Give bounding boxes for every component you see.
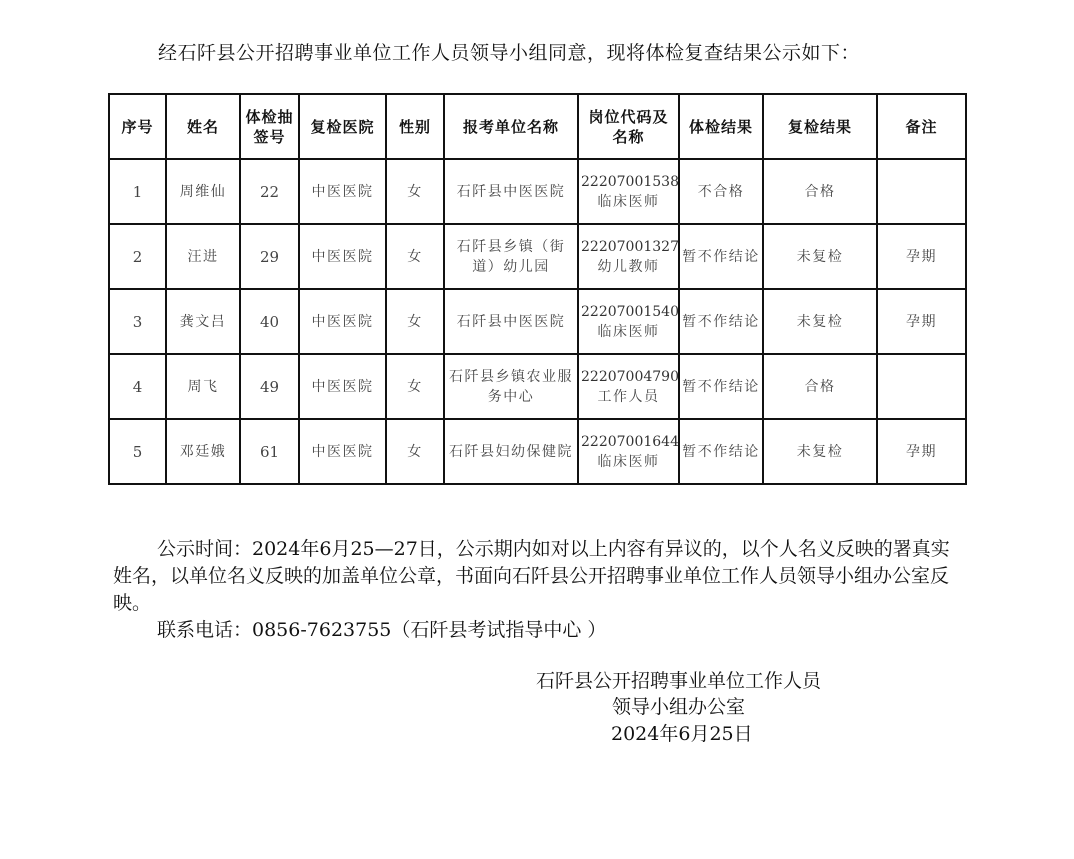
header-exam-result: 体检结果: [679, 94, 763, 159]
cell-name: 汪进: [166, 224, 240, 289]
table-header-row: 序号 姓名 体检抽签号 复检医院 性别 报考单位名称 岗位代码及名称 体检结果 …: [109, 94, 966, 159]
table-row: 1 周维仙 22 中医医院 女 石阡县中医医院 22207001538 临床医师…: [109, 159, 966, 224]
cell-seq: 4: [109, 354, 166, 419]
cell-post: 22207001540 临床医师: [578, 289, 679, 354]
post-name: 工作人员: [581, 387, 676, 407]
cell-recheck-result: 未复检: [763, 419, 877, 484]
notice-contact: 联系电话：0856-7623755（石阡县考试指导中心 ）: [113, 617, 965, 644]
cell-exam-result: 暂不作结论: [679, 354, 763, 419]
header-remark: 备注: [877, 94, 966, 159]
cell-unit: 石阡县乡镇农业服务中心: [444, 354, 578, 419]
cell-name: 周飞: [166, 354, 240, 419]
cell-draw-no: 61: [240, 419, 299, 484]
cell-post: 22207004790 工作人员: [578, 354, 679, 419]
cell-remark: [877, 354, 966, 419]
intro-text: 经石阡县公开招聘事业单位工作人员领导小组同意，现将体检复查结果公示如下：: [158, 38, 860, 65]
header-recheck-result: 复检结果: [763, 94, 877, 159]
post-code: 22207004790: [581, 367, 676, 387]
cell-exam-result: 暂不作结论: [679, 419, 763, 484]
cell-recheck-result: 合格: [763, 354, 877, 419]
cell-name: 邓廷娥: [166, 419, 240, 484]
cell-name: 周维仙: [166, 159, 240, 224]
header-name: 姓名: [166, 94, 240, 159]
cell-exam-result: 暂不作结论: [679, 289, 763, 354]
signature-org-line1: 石阡县公开招聘事业单位工作人员: [536, 666, 821, 693]
table-row: 5 邓廷娥 61 中医医院 女 石阡县妇幼保健院 22207001644 临床医…: [109, 419, 966, 484]
table-row: 3 龚文吕 40 中医医院 女 石阡县中医医院 22207001540 临床医师…: [109, 289, 966, 354]
cell-hospital: 中医医院: [299, 159, 386, 224]
cell-draw-no: 29: [240, 224, 299, 289]
cell-exam-result: 暂不作结论: [679, 224, 763, 289]
post-name: 临床医师: [581, 192, 676, 212]
results-table: 序号 姓名 体检抽签号 复检医院 性别 报考单位名称 岗位代码及名称 体检结果 …: [108, 93, 967, 485]
cell-draw-no: 40: [240, 289, 299, 354]
cell-hospital: 中医医院: [299, 354, 386, 419]
cell-hospital: 中医医院: [299, 289, 386, 354]
cell-seq: 5: [109, 419, 166, 484]
signature-org-line2: 领导小组办公室: [612, 692, 745, 719]
notice-section: 公示时间：2024年6月25—27日，公示期内如对以上内容有异议的，以个人名义反…: [113, 536, 965, 644]
signature-date: 2024年6月25日: [611, 719, 753, 746]
cell-exam-result: 不合格: [679, 159, 763, 224]
cell-unit: 石阡县妇幼保健院: [444, 419, 578, 484]
cell-name: 龚文吕: [166, 289, 240, 354]
header-seq: 序号: [109, 94, 166, 159]
post-name: 幼儿教师: [581, 257, 676, 277]
cell-remark: 孕期: [877, 419, 966, 484]
header-post: 岗位代码及名称: [578, 94, 679, 159]
cell-unit: 石阡县中医医院: [444, 159, 578, 224]
cell-recheck-result: 合格: [763, 159, 877, 224]
cell-gender: 女: [386, 159, 444, 224]
cell-post: 22207001327 幼儿教师: [578, 224, 679, 289]
cell-seq: 1: [109, 159, 166, 224]
header-unit: 报考单位名称: [444, 94, 578, 159]
post-code: 22207001327: [581, 237, 676, 257]
cell-post: 22207001644 临床医师: [578, 419, 679, 484]
cell-hospital: 中医医院: [299, 224, 386, 289]
cell-post: 22207001538 临床医师: [578, 159, 679, 224]
table-row: 4 周飞 49 中医医院 女 石阡县乡镇农业服务中心 22207004790 工…: [109, 354, 966, 419]
table-row: 2 汪进 29 中医医院 女 石阡县乡镇（街道）幼儿园 22207001327 …: [109, 224, 966, 289]
cell-gender: 女: [386, 224, 444, 289]
header-hospital: 复检医院: [299, 94, 386, 159]
cell-unit: 石阡县乡镇（街道）幼儿园: [444, 224, 578, 289]
cell-recheck-result: 未复检: [763, 289, 877, 354]
cell-remark: 孕期: [877, 224, 966, 289]
cell-gender: 女: [386, 289, 444, 354]
cell-recheck-result: 未复检: [763, 224, 877, 289]
header-draw-no: 体检抽签号: [240, 94, 299, 159]
cell-hospital: 中医医院: [299, 419, 386, 484]
cell-remark: [877, 159, 966, 224]
notice-period: 公示时间：2024年6月25—27日，公示期内如对以上内容有异议的，以个人名义反…: [113, 536, 965, 617]
cell-seq: 2: [109, 224, 166, 289]
post-code: 22207001540: [581, 302, 676, 322]
post-code: 22207001644: [581, 432, 676, 452]
cell-remark: 孕期: [877, 289, 966, 354]
cell-gender: 女: [386, 354, 444, 419]
header-gender: 性别: [386, 94, 444, 159]
post-name: 临床医师: [581, 322, 676, 342]
cell-unit: 石阡县中医医院: [444, 289, 578, 354]
post-code: 22207001538: [581, 172, 676, 192]
cell-gender: 女: [386, 419, 444, 484]
cell-draw-no: 49: [240, 354, 299, 419]
cell-draw-no: 22: [240, 159, 299, 224]
post-name: 临床医师: [581, 452, 676, 472]
cell-seq: 3: [109, 289, 166, 354]
